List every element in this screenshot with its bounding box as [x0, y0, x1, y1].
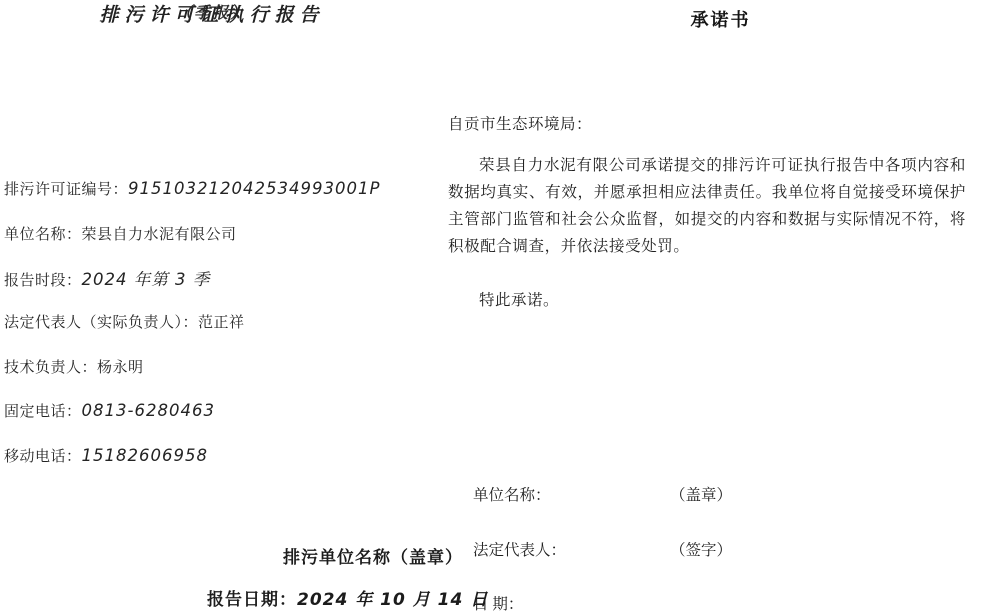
- field-value: 0813-6280463: [82, 401, 215, 420]
- field-value: 杨永明: [97, 360, 144, 376]
- report-date-label: 报告日期：: [207, 590, 297, 609]
- field-label: 排污许可证编号：: [4, 182, 128, 198]
- field-value: 915103212042534993001P: [128, 179, 380, 198]
- field-technical-lead: 技术负责人：杨永明: [4, 356, 144, 377]
- signature-label: 日 期：: [473, 596, 523, 613]
- letter-title: 承诺书: [448, 6, 993, 32]
- field-value: 范正祥: [198, 315, 245, 331]
- field-label: 技术负责人：: [4, 360, 97, 376]
- unit-name-stamp-line: 排污单位名称（盖章）: [283, 543, 463, 568]
- field-label: 固定电话：: [4, 404, 82, 420]
- field-label: 单位名称：: [4, 227, 82, 243]
- field-label: 法定代表人（实际负责人）：: [4, 315, 198, 331]
- signature-row-date: 日 期：: [473, 592, 873, 614]
- report-date-line: 报告日期：2024 年 10 月 14 日: [207, 585, 488, 610]
- field-report-period: 报告时段：2024 年第 3 季: [4, 266, 210, 290]
- field-mobile-phone: 移动电话：15182606958: [4, 445, 208, 466]
- report-date-value: 2024 年 10 月 14 日: [297, 590, 488, 610]
- field-value: 荣县自力水泥有限公司: [82, 227, 237, 243]
- signature-row-legal-representative: 法定代表人： （签字）: [473, 538, 873, 560]
- field-unit-name: 单位名称：荣县自力水泥有限公司: [4, 223, 237, 244]
- field-permit-number: 排污许可证编号：915103212042534993001P: [4, 178, 380, 199]
- document-page: 排污许可证执行报告 （季报） 排污许可证编号：91510321204253499…: [0, 0, 1000, 615]
- signature-row-unit-name: 单位名称： （盖章）: [473, 483, 873, 505]
- field-value: 15182606958: [82, 446, 208, 465]
- letter-closing: 特此承诺。: [448, 288, 559, 310]
- signature-suffix: （签字）: [670, 538, 732, 560]
- field-landline-phone: 固定电话：0813-6280463: [4, 400, 215, 421]
- signature-suffix: （盖章）: [670, 483, 732, 505]
- field-label: 报告时段：: [4, 273, 82, 289]
- signature-label: 单位名称：: [473, 487, 551, 504]
- signature-label: 法定代表人：: [473, 542, 566, 559]
- field-label: 移动电话：: [4, 449, 82, 465]
- report-subtitle: （季报）: [0, 0, 424, 23]
- letter-body-paragraph: 荣县自力水泥有限公司承诺提交的排污许可证执行报告中各项内容和数据均真实、有效，并…: [448, 152, 966, 260]
- letter-salutation: 自贡市生态环境局：: [448, 112, 592, 134]
- field-legal-representative: 法定代表人（实际负责人）：范正祥: [4, 311, 245, 332]
- field-value: 2024 年第 3 季: [82, 270, 211, 289]
